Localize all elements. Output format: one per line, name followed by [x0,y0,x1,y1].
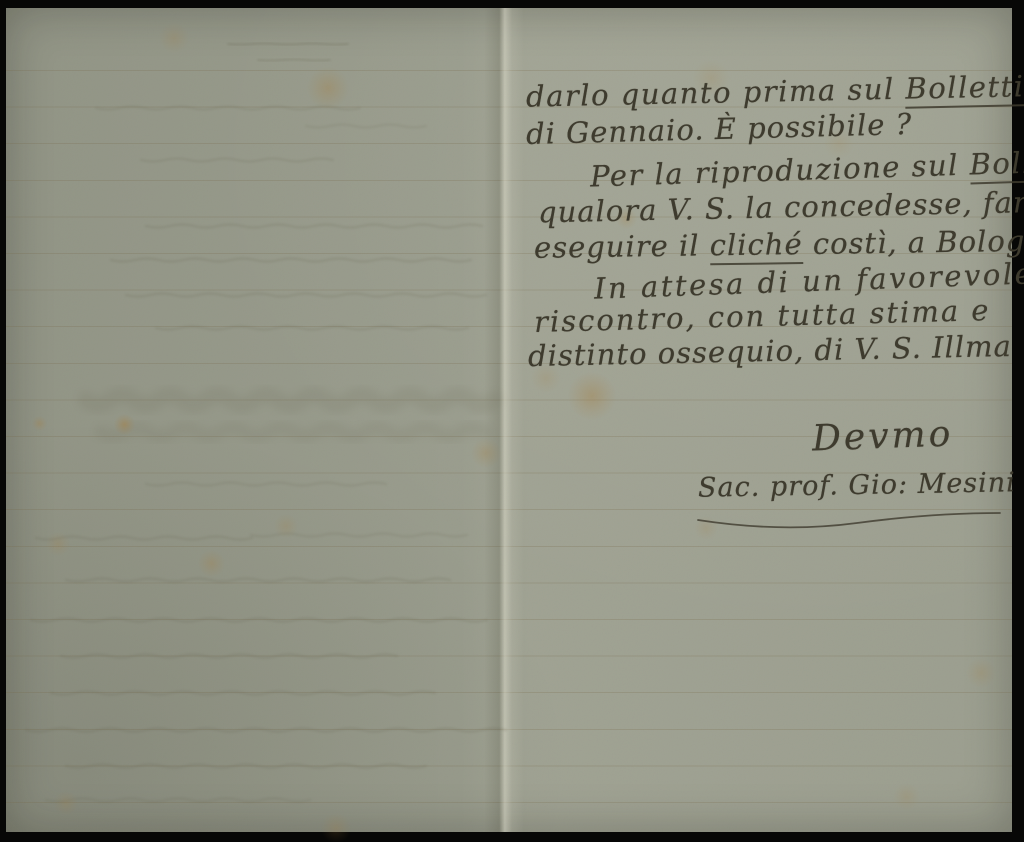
valediction: Devmo [811,414,954,460]
foxing-stain [159,23,189,53]
underlined-word: cliché [710,227,803,265]
fold-crease [484,8,524,832]
scan-background: { "page": { "background_color": "#070706… [0,0,1024,842]
line-text: costì, a Bologna. [802,223,1024,261]
line-text: eseguire il [534,228,710,264]
underlined-word: Bollettino [905,68,1024,108]
bleed-through-line [258,60,330,61]
bleed-through-line [228,44,348,45]
underlined-word: Bollettino [969,143,1024,185]
signature-name: Sac. prof. Gio: Mesini [698,467,1016,504]
letter-sheet: darlo quanto prima sul Bollettino di Gen… [6,8,1012,832]
